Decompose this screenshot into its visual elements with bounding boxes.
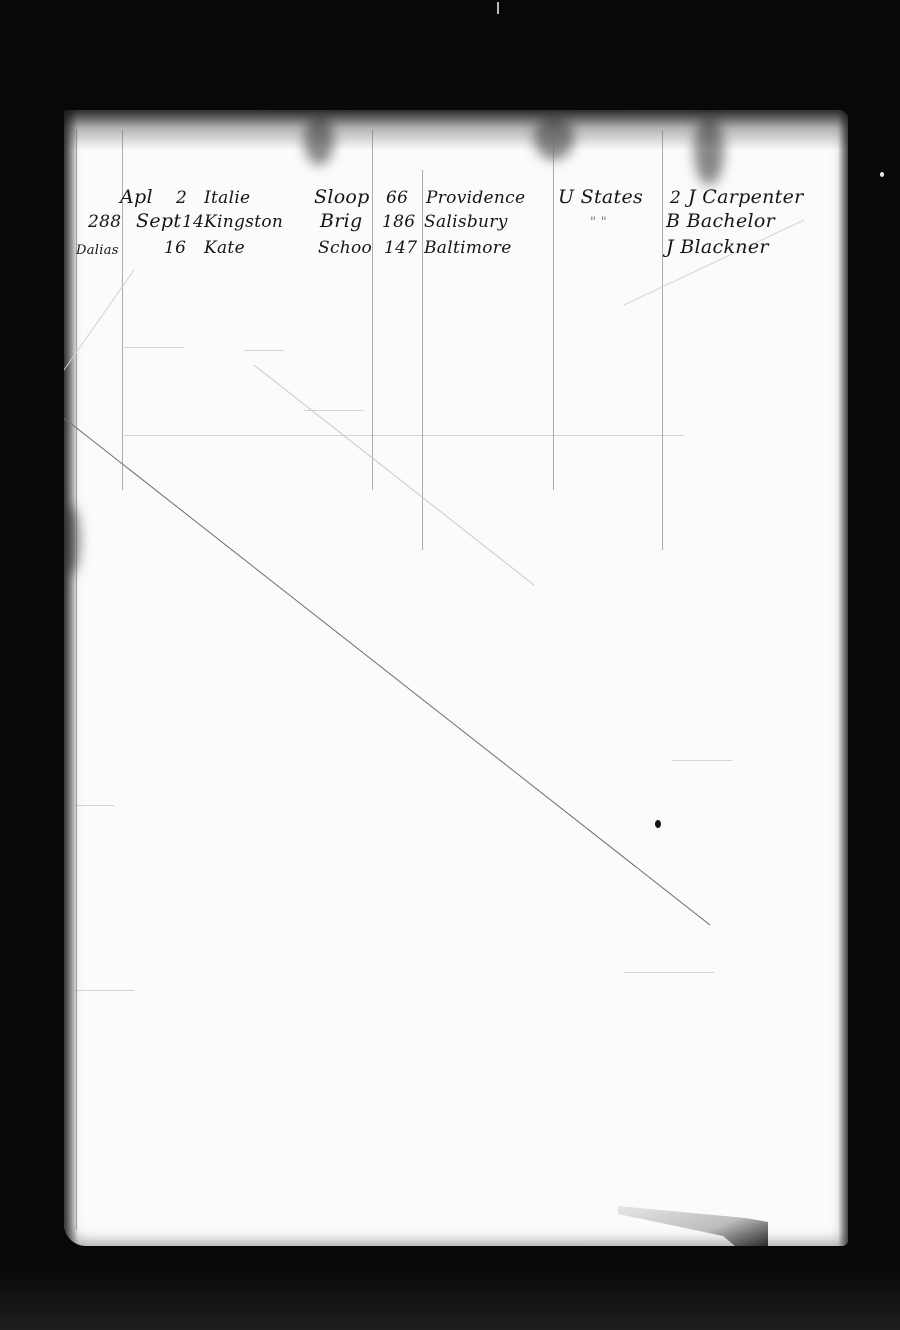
cell-day: 2 xyxy=(176,190,187,207)
cell-tonnage: 186 xyxy=(382,214,415,231)
cell-vessel-name: Italie xyxy=(204,190,250,207)
row-rule xyxy=(304,410,364,411)
cell-owner: B Bachelor xyxy=(666,212,775,231)
cell-rig: Schoo xyxy=(318,240,372,257)
cell-owner: J Carpenter xyxy=(688,188,804,207)
column-rule xyxy=(76,130,77,1230)
cell-tonnage: 147 xyxy=(384,240,417,257)
cell-owner: J Blackner xyxy=(666,238,769,257)
cell-port: Baltimore xyxy=(424,240,512,257)
ink-smudge xyxy=(534,115,574,160)
cell-vessel-name: Kingston xyxy=(204,214,283,231)
cell-rig: Brig xyxy=(320,212,362,231)
column-rule xyxy=(662,130,663,550)
dust-speck xyxy=(880,172,884,177)
cell-owner-prefix: 2 xyxy=(670,190,681,207)
scan-frame: Apl 2 Italie Sloop 66 Providence U State… xyxy=(0,0,900,1330)
cell-rig: Sloop xyxy=(314,188,370,207)
cell-flag-ditto: " " xyxy=(590,216,607,229)
row-rule xyxy=(624,972,714,973)
ink-smudge xyxy=(694,115,724,185)
column-rule xyxy=(372,130,373,490)
cell-entry-number: Dalias xyxy=(76,244,119,257)
column-rule xyxy=(422,170,423,550)
cell-month: Sept xyxy=(136,212,181,231)
cell-port: Salisbury xyxy=(424,214,508,231)
page-top-shadow xyxy=(64,110,848,150)
page-right-shadow xyxy=(838,110,848,1246)
cell-vessel-name: Kate xyxy=(204,240,245,257)
ledger-page: Apl 2 Italie Sloop 66 Providence U State… xyxy=(64,110,848,1246)
row-rule xyxy=(74,990,134,991)
cell-day: 16 xyxy=(164,240,186,257)
row-rule xyxy=(74,805,114,806)
ink-smudge xyxy=(304,115,334,165)
row-rule xyxy=(124,435,684,436)
scan-bottom-edge xyxy=(0,1270,900,1330)
cell-entry-number: 288 xyxy=(88,214,121,231)
column-rule xyxy=(122,130,123,490)
column-rule xyxy=(553,130,554,490)
cell-day: 14 xyxy=(182,214,204,231)
torn-page-corner xyxy=(618,1206,768,1246)
ink-blot xyxy=(655,820,661,828)
cell-flag: U States xyxy=(558,188,643,207)
row-rule xyxy=(244,350,284,351)
cancellation-line xyxy=(64,110,848,1246)
cell-port: Providence xyxy=(426,190,525,207)
cell-tonnage: 66 xyxy=(386,190,408,207)
cell-month: Apl xyxy=(120,188,153,207)
row-rule xyxy=(124,347,184,348)
row-rule xyxy=(672,760,732,761)
scan-registration-mark xyxy=(497,2,499,14)
